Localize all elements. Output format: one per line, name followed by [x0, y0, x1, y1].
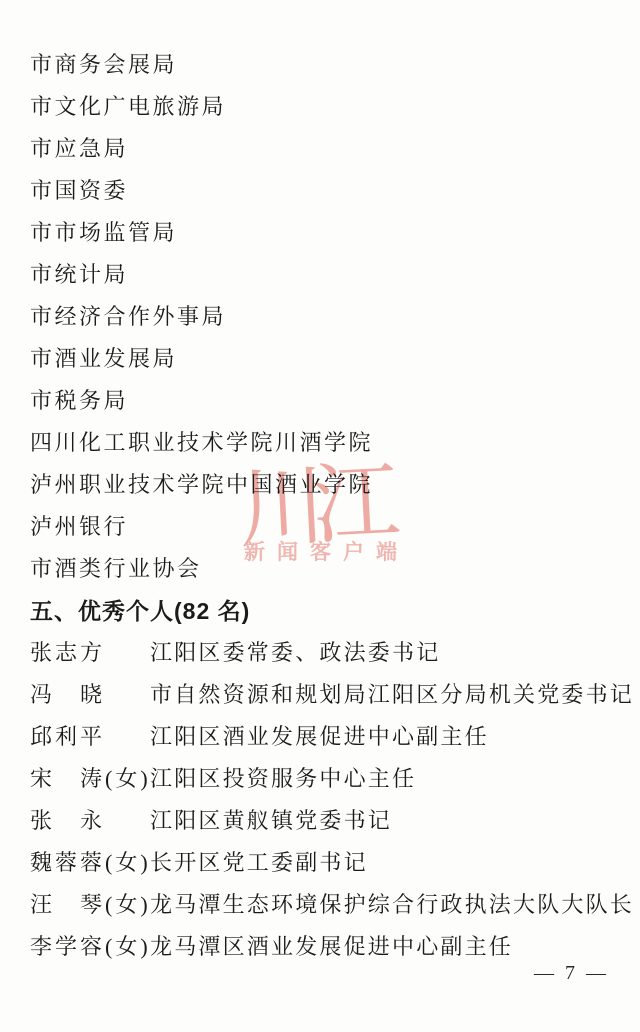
org-list-item: 市国资委: [0, 168, 640, 210]
person-row: 汪 琴(女) 龙马潭生态环境保护综合行政执法大队大队长: [0, 882, 640, 924]
person-row: 张 永 江阳区黄舣镇党委书记: [0, 798, 640, 840]
org-list-item: 市商务会展局: [0, 42, 640, 84]
person-name: 邱利平: [30, 720, 150, 751]
org-list-item: 市应急局: [0, 126, 640, 168]
person-title: 市自然资源和规划局江阳区分局机关党委书记: [150, 678, 634, 709]
org-list: 市商务会展局 市文化广电旅游局 市应急局 市国资委 市市场监管局 市统计局 市经…: [0, 42, 640, 588]
org-list-item: 泸州职业技术学院中国酒业学院: [0, 462, 640, 504]
person-title: 江阳区委常委、政法委书记: [150, 636, 440, 667]
document-page: 市商务会展局 市文化广电旅游局 市应急局 市国资委 市市场监管局 市统计局 市经…: [0, 0, 640, 1032]
person-title: 江阳区投资服务中心主任: [150, 762, 416, 793]
org-list-item: 市酒类行业协会: [0, 546, 640, 588]
person-title: 长开区党工委副书记: [150, 846, 368, 877]
person-name: 宋 涛(女): [30, 762, 150, 793]
person-name: 李学容(女): [30, 930, 150, 961]
person-title: 江阳区酒业发展促进中心副主任: [150, 720, 489, 751]
org-list-item: 市统计局: [0, 252, 640, 294]
person-name: 张志方: [30, 636, 150, 667]
org-list-item: 市市场监管局: [0, 210, 640, 252]
org-list-item: 市文化广电旅游局: [0, 84, 640, 126]
person-name: 汪 琴(女): [30, 888, 150, 919]
person-row: 宋 涛(女) 江阳区投资服务中心主任: [0, 756, 640, 798]
person-row: 李学容(女) 龙马潭区酒业发展促进中心副主任: [0, 924, 640, 966]
person-name: 魏蓉蓉(女): [30, 846, 150, 877]
people-list: 张志方 江阳区委常委、政法委书记 冯 晓 市自然资源和规划局江阳区分局机关党委书…: [0, 630, 640, 966]
person-row: 张志方 江阳区委常委、政法委书记: [0, 630, 640, 672]
person-title: 江阳区黄舣镇党委书记: [150, 804, 392, 835]
section-heading: 五、优秀个人(82 名): [0, 588, 640, 630]
org-list-item: 泸州银行: [0, 504, 640, 546]
person-row: 邱利平 江阳区酒业发展促进中心副主任: [0, 714, 640, 756]
person-name: 张 永: [30, 804, 150, 835]
person-title: 龙马潭生态环境保护综合行政执法大队大队长: [150, 888, 634, 919]
page-number: — 7 —: [534, 962, 609, 985]
person-row: 冯 晓 市自然资源和规划局江阳区分局机关党委书记: [0, 672, 640, 714]
person-name: 冯 晓: [30, 678, 150, 709]
org-list-item: 市经济合作外事局: [0, 294, 640, 336]
org-list-item: 市酒业发展局: [0, 336, 640, 378]
person-title: 龙马潭区酒业发展促进中心副主任: [150, 930, 513, 961]
person-row: 魏蓉蓉(女) 长开区党工委副书记: [0, 840, 640, 882]
org-list-item: 市税务局: [0, 378, 640, 420]
org-list-item: 四川化工职业技术学院川酒学院: [0, 420, 640, 462]
